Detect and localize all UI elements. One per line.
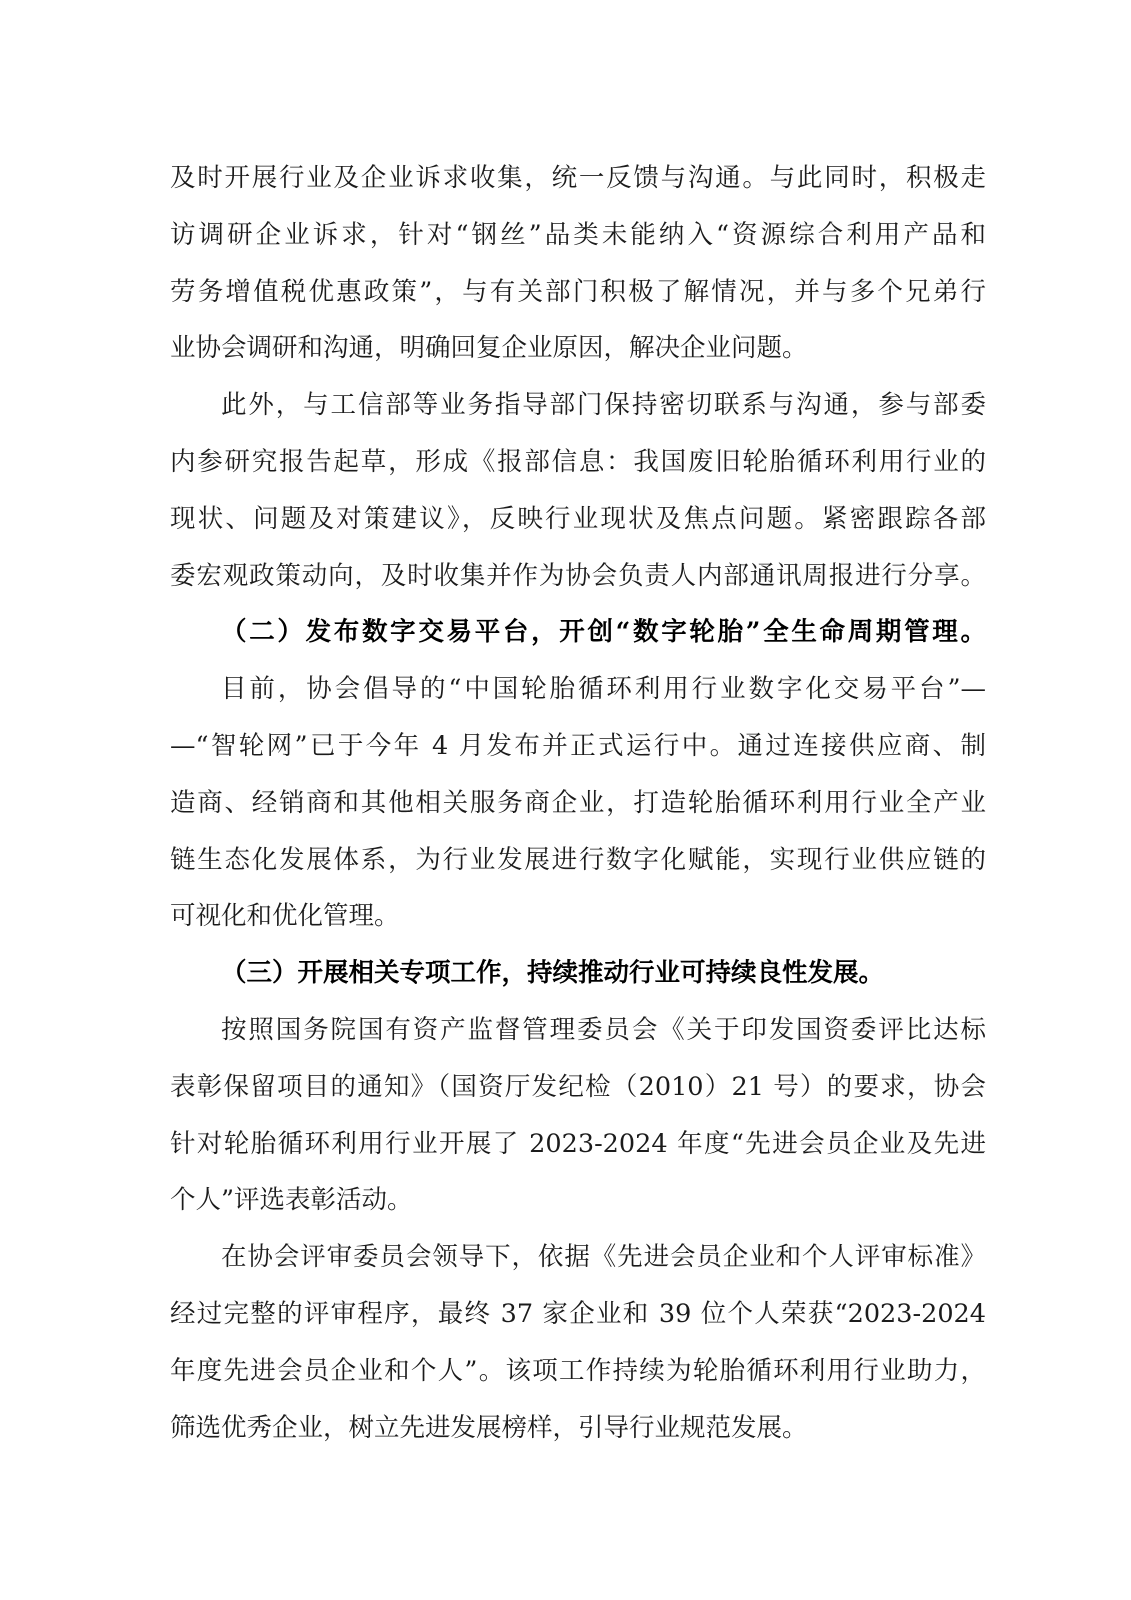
text-line: 内参研究报告起草，形成《报部信息：我国废旧轮胎循环利用行业的 [170,434,986,491]
text-line: 表彰保留项目的通知》（国资厅发纪检（2010）21 号）的要求，协会 [170,1059,986,1116]
text-line: 按照国务院国有资产监督管理委员会《关于印发国资委评比达标 [170,1002,986,1059]
text-line: 此外，与工信部等业务指导部门保持密切联系与沟通，参与部委 [170,377,986,434]
text-line: 针对轮胎循环利用行业开展了 2023-2024 年度“先进会员企业及先进 [170,1116,986,1173]
text-line: —“智轮网”已于今年 4 月发布并正式运行中。通过连接供应商、制 [170,718,986,775]
text-line: 业协会调研和沟通，明确回复企业原因，解决企业问题。 [170,320,986,377]
text-line: 造商、经销商和其他相关服务商企业，打造轮胎循环利用行业全产业 [170,775,986,832]
section-heading: （三）开展相关专项工作，持续推动行业可持续良性发展。 [170,945,986,1002]
text-line: 劳务增值税优惠政策”，与有关部门积极了解情况，并与多个兄弟行 [170,264,986,321]
text-line: 经过完整的评审程序，最终 37 家企业和 39 位个人荣获“2023-2024 [170,1286,986,1343]
document-body: 及时开展行业及企业诉求收集，统一反馈与沟通。与此同时，积极走访调研企业诉求，针对… [170,150,986,1456]
text-line: 链生态化发展体系，为行业发展进行数字化赋能，实现行业供应链的 [170,832,986,889]
text-line: 目前，协会倡导的“中国轮胎循环利用行业数字化交易平台”— [170,661,986,718]
text-line: 可视化和优化管理。 [170,888,986,945]
text-line: 个人”评选表彰活动。 [170,1172,986,1229]
text-line: 年度先进会员企业和个人”。该项工作持续为轮胎循环利用行业助力， [170,1343,986,1400]
document-page: 及时开展行业及企业诉求收集，统一反馈与沟通。与此同时，积极走访调研企业诉求，针对… [0,0,1131,1600]
section-heading: （二）发布数字交易平台，开创“数字轮胎”全生命周期管理。 [170,604,986,661]
text-line: 现状、问题及对策建议》，反映行业现状及焦点问题。紧密跟踪各部 [170,491,986,548]
text-line: 在协会评审委员会领导下，依据《先进会员企业和个人评审标准》 [170,1229,986,1286]
text-line: 筛选优秀企业，树立先进发展榜样，引导行业规范发展。 [170,1400,986,1457]
text-line: 及时开展行业及企业诉求收集，统一反馈与沟通。与此同时，积极走 [170,150,986,207]
text-line: 委宏观政策动向，及时收集并作为协会负责人内部通讯周报进行分享。 [170,548,986,605]
text-line: 访调研企业诉求，针对“钢丝”品类未能纳入“资源综合利用产品和 [170,207,986,264]
